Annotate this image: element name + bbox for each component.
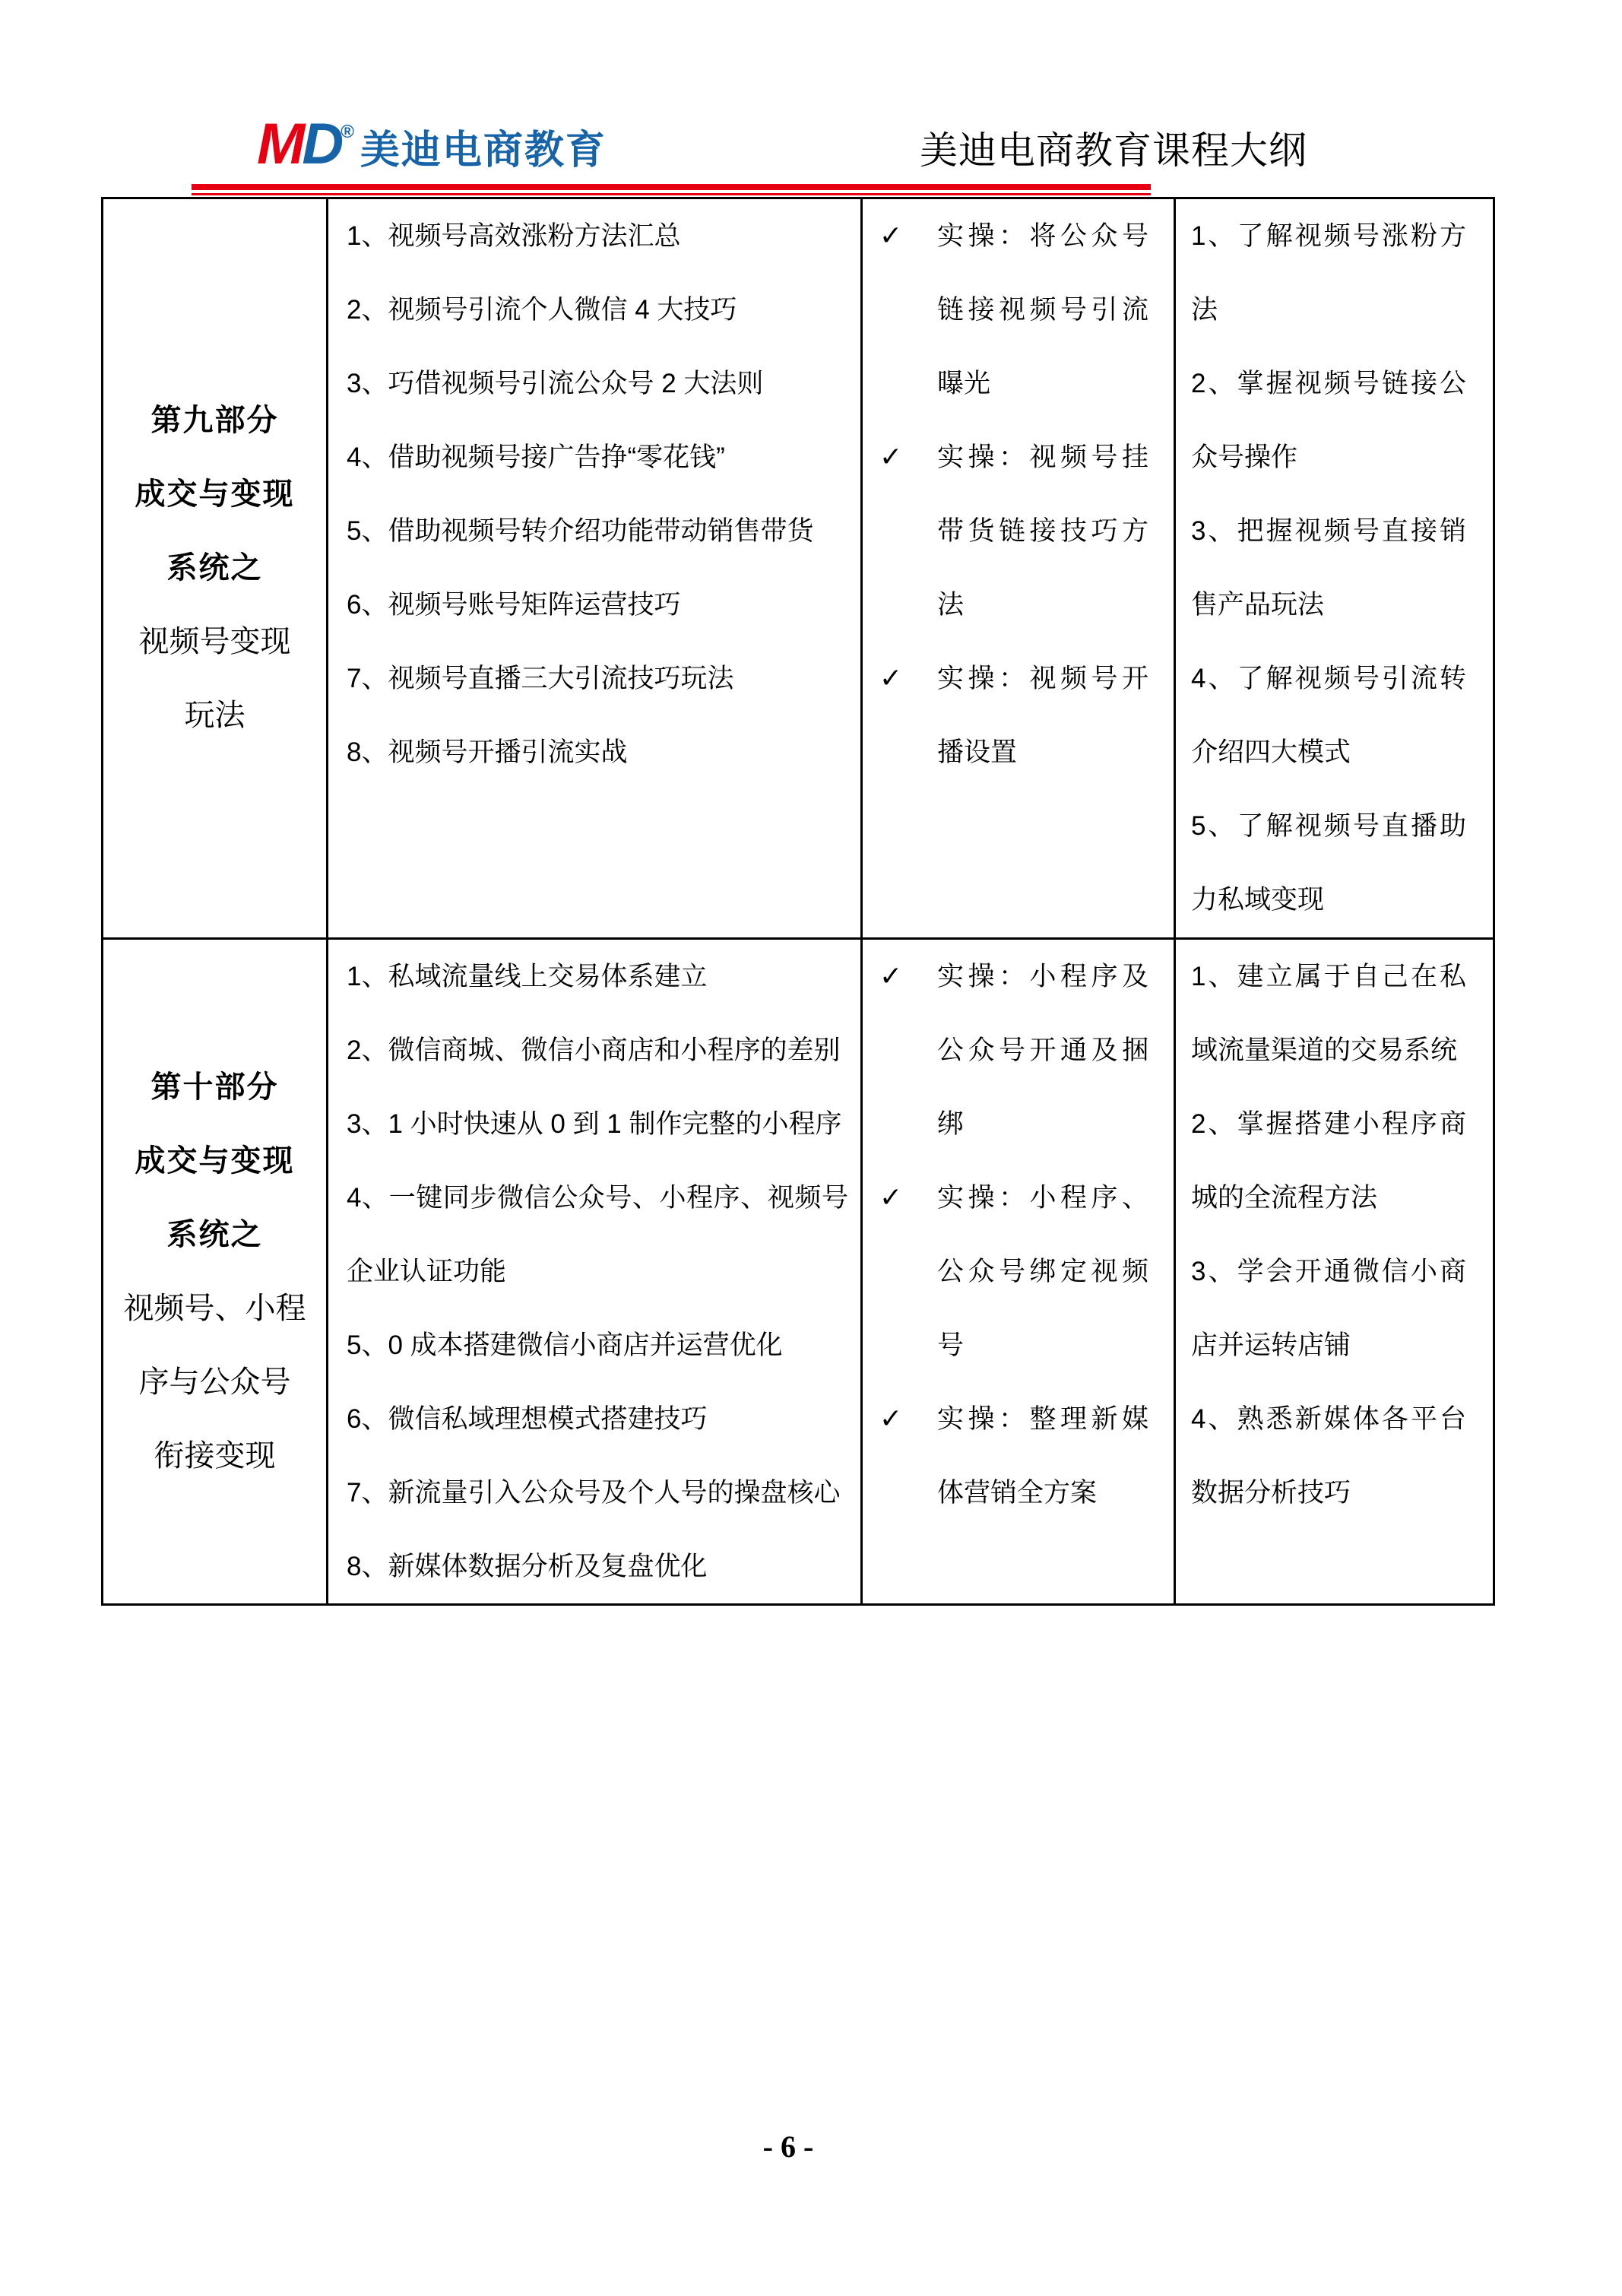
- course-item: 1、私域流量线上交易体系建立: [347, 940, 848, 1013]
- header-rule-thin: [192, 193, 1151, 195]
- check-icon: ✓: [879, 642, 937, 715]
- course-item: 7、新流量引入公众号及个人号的操盘核心: [347, 1456, 848, 1530]
- check-icon: ✓: [879, 1382, 937, 1456]
- section-line: 第九部分: [151, 384, 279, 458]
- section-line: 衔接变现: [154, 1419, 276, 1493]
- page-title: 美迪电商教育课程大纲: [920, 129, 1307, 172]
- course-item: 3、巧借视频号引流公众号 2 大法则: [347, 347, 848, 420]
- section-line: 系统之: [167, 1198, 263, 1272]
- page-number: - 6 -: [0, 2129, 1622, 2164]
- section-line: 第十部分: [151, 1051, 279, 1124]
- practice-item: ✓ 实操：小程序及公众号开通及捆绑: [879, 940, 1174, 1161]
- practice-item: ✓ 实操：小程序、公众号绑定视频号: [879, 1161, 1174, 1382]
- check-icon: ✓: [879, 420, 937, 494]
- course-contents-cell: 1、视频号高效涨粉方法汇总 2、视频号引流个人微信 4 大技巧 3、巧借视频号引…: [326, 199, 860, 937]
- brand-name: 美迪电商教育: [360, 118, 607, 175]
- practice-item: ✓ 实操：视频号挂带货链接技巧方法: [879, 420, 1174, 642]
- course-item: 6、微信私域理想模式搭建技巧: [347, 1382, 848, 1456]
- practice-text: 实操：视频号挂带货链接技巧方法: [937, 420, 1148, 642]
- practice-text: 实操：整理新媒体营销全方案: [937, 1382, 1148, 1530]
- goal-item: 2、掌握搭建小程序商城的全流程方法: [1191, 1087, 1466, 1235]
- check-icon: ✓: [879, 199, 937, 273]
- course-item: 8、视频号开播引流实战: [347, 715, 848, 789]
- goal-item: 3、学会开通微信小商店并运转店铺: [1191, 1235, 1466, 1382]
- practice-text: 实操：视频号开播设置: [937, 642, 1148, 789]
- section-line: 视频号、小程: [124, 1272, 306, 1346]
- course-item: 6、视频号账号矩阵运营技巧: [347, 568, 848, 642]
- course-item: 2、视频号引流个人微信 4 大技巧: [347, 273, 848, 347]
- course-item: 4、借助视频号接广告挣“零花钱”: [347, 420, 848, 494]
- goal-item: 4、熟悉新媒体各平台数据分析技巧: [1191, 1382, 1466, 1530]
- check-icon: ✓: [879, 1161, 937, 1235]
- section-title-cell: 第九部分 成交与变现 系统之 视频号变现 玩法: [103, 199, 326, 937]
- header-rule-thick: [192, 184, 1151, 190]
- course-item: 2、微信商城、微信小商店和小程序的差别: [347, 1013, 848, 1087]
- course-outline-table: 第九部分 成交与变现 系统之 视频号变现 玩法 1、视频号高效涨粉方法汇总 2、…: [101, 197, 1495, 1606]
- goal-item: 1、了解视频号涨粉方法: [1191, 199, 1466, 347]
- goal-item: 2、掌握视频号链接公众号操作: [1191, 347, 1466, 494]
- section-line: 视频号变现: [139, 605, 291, 679]
- practice-cell: ✓ 实操：小程序及公众号开通及捆绑 ✓ 实操：小程序、公众号绑定视频号 ✓ 实操…: [860, 937, 1174, 1603]
- course-item: 1、视频号高效涨粉方法汇总: [347, 199, 848, 273]
- goal-item: 5、了解视频号直播助力私域变现: [1191, 789, 1466, 937]
- section-line: 成交与变现: [135, 458, 295, 531]
- practice-item: ✓ 实操：整理新媒体营销全方案: [879, 1382, 1174, 1530]
- practice-text: 实操：小程序及公众号开通及捆绑: [937, 940, 1148, 1161]
- goal-item: 1、建立属于自己在私域流量渠道的交易系统: [1191, 940, 1466, 1087]
- section-line: 玩法: [185, 679, 246, 753]
- practice-text: 实操：将公众号链接视频号引流曝光: [937, 199, 1148, 420]
- goals-cell: 1、了解视频号涨粉方法 2、掌握视频号链接公众号操作 3、把握视频号直接销售产品…: [1174, 199, 1493, 937]
- course-item: 7、视频号直播三大引流技巧玩法: [347, 642, 848, 715]
- logo-md-icon: MD: [257, 116, 341, 173]
- practice-item: ✓ 实操：视频号开播设置: [879, 642, 1174, 789]
- course-item: 4、一键同步微信公众号、小程序、视频号企业认证功能: [347, 1161, 848, 1308]
- practice-cell: ✓ 实操：将公众号链接视频号引流曝光 ✓ 实操：视频号挂带货链接技巧方法 ✓ 实…: [860, 199, 1174, 937]
- goal-item: 4、了解视频号引流转介绍四大模式: [1191, 642, 1466, 789]
- check-icon: ✓: [879, 940, 937, 1013]
- course-item: 3、1 小时快速从 0 到 1 制作完整的小程序: [347, 1087, 848, 1161]
- course-item: 5、0 成本搭建微信小商店并运营优化: [347, 1308, 848, 1382]
- section-line: 序与公众号: [139, 1346, 291, 1419]
- brand-logo: MD ® 美迪电商教育: [257, 116, 607, 175]
- course-item: 8、新媒体数据分析及复盘优化: [347, 1530, 848, 1603]
- course-item: 5、借助视频号转介绍功能带动销售带货: [347, 494, 848, 568]
- section-line: 系统之: [167, 531, 263, 605]
- practice-item: ✓ 实操：将公众号链接视频号引流曝光: [879, 199, 1174, 420]
- section-line: 成交与变现: [135, 1124, 295, 1198]
- goal-item: 3、把握视频号直接销售产品玩法: [1191, 494, 1466, 642]
- goals-cell: 1、建立属于自己在私域流量渠道的交易系统 2、掌握搭建小程序商城的全流程方法 3…: [1174, 937, 1493, 1603]
- section-title-cell: 第十部分 成交与变现 系统之 视频号、小程 序与公众号 衔接变现: [103, 937, 326, 1603]
- course-contents-cell: 1、私域流量线上交易体系建立 2、微信商城、微信小商店和小程序的差别 3、1 小…: [326, 937, 860, 1603]
- practice-text: 实操：小程序、公众号绑定视频号: [937, 1161, 1148, 1382]
- registered-mark-icon: ®: [341, 122, 354, 143]
